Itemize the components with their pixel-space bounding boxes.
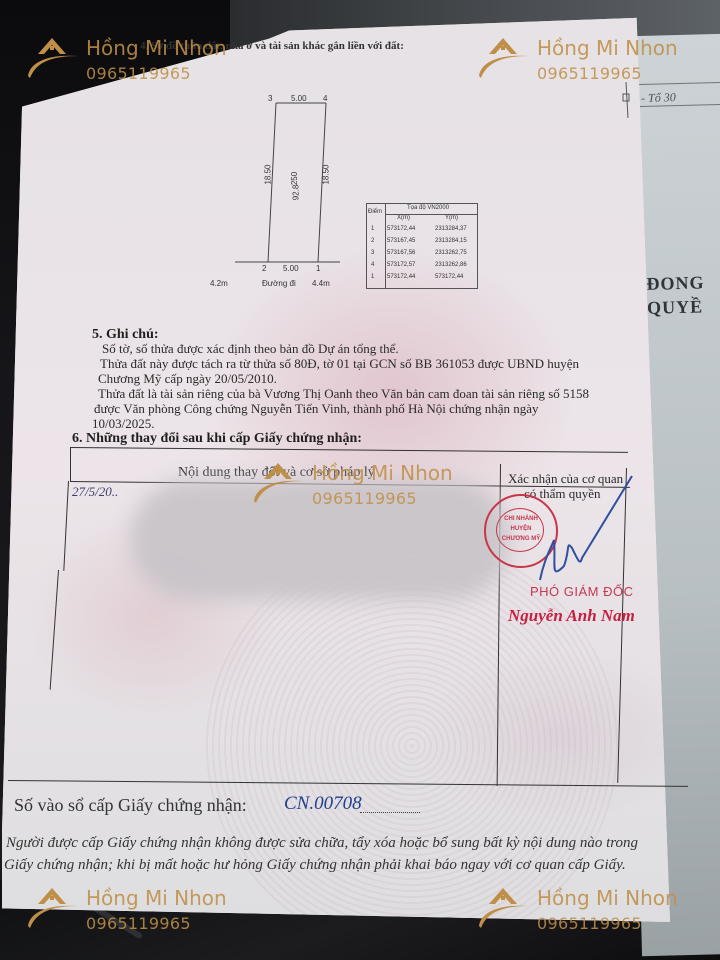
note-line: 10/03/2025. <box>92 417 154 430</box>
watermark-brand: Hồng Mi Nhon <box>537 36 678 60</box>
watermark-brand: Hồng Mi Nhon <box>537 886 678 910</box>
distance-note: 4.2m <box>210 279 228 288</box>
signer-name: Nguyễn Anh Nam <box>508 606 635 626</box>
table-cell: 573167,45 <box>387 238 415 244</box>
table-cell: 2313262,75 <box>435 250 467 256</box>
changes-title: 6. Những thay đổi sau khi cấp Giấy chứng… <box>72 431 362 447</box>
table-row: 2573167,452313284,15 <box>367 238 477 248</box>
parcel-number: 250 <box>290 172 299 185</box>
note-line: Thửa đất này được tách ra từ thửa số 80Đ… <box>100 357 579 370</box>
watermark-phone: 0965119965 <box>312 489 417 508</box>
house-logo-icon <box>24 882 80 930</box>
note-line: được Văn phòng Công chứng Nguyễn Tiến Vi… <box>94 402 539 415</box>
table-row: 1573172,44573172,44 <box>367 274 477 284</box>
road-label: Đường đi <box>262 279 296 288</box>
vertex-label: 3 <box>268 94 272 103</box>
watermark-phone: 0965119965 <box>537 64 642 83</box>
signature <box>520 470 640 590</box>
edge-length: 5.00 <box>291 94 307 103</box>
table-row: 1573172,442313284,37 <box>367 226 477 236</box>
column-header: X(m) <box>397 215 410 221</box>
handwritten-date: 27/5/20.. <box>72 484 118 500</box>
warning-line: Người được cấp Giấy chứng nhận không đượ… <box>6 836 638 851</box>
table-cell: 3 <box>371 250 374 256</box>
vertex-label: 2 <box>262 264 266 273</box>
house-logo-icon <box>24 32 80 80</box>
house-logo-icon <box>475 882 531 930</box>
note-line: Thửa đất là tài sản riêng của bà Vương T… <box>98 387 589 400</box>
house-logo-icon <box>475 32 531 80</box>
watermark: Hồng Mi Nhon 0965119965 <box>475 32 720 92</box>
table-cell: 2313284,37 <box>435 226 467 232</box>
registry-number: CN.00708 <box>284 793 362 815</box>
table-cell: 573172,44 <box>387 274 415 280</box>
table-title: Tọa độ VN2000 <box>407 205 449 211</box>
dotted-line <box>360 812 420 813</box>
table-cell: 4 <box>371 262 374 268</box>
table-row: 3573167,562313262,75 <box>367 250 477 260</box>
watermark: Hồng Mi Nhon 0965119965 <box>250 457 510 517</box>
table-cell: 573172,44 <box>387 226 415 232</box>
column-header: Y(m) <box>445 215 458 221</box>
edge-length: 5.00 <box>283 264 299 273</box>
table-cell: 1 <box>371 226 374 232</box>
note-line: Chương Mỹ cấp ngày 20/05/2010. <box>98 372 277 385</box>
coordinate-table: Tọa độ VN2000 Điểm X(m) Y(m) 1573172,442… <box>366 203 478 289</box>
table-cell: 573172,44 <box>435 274 463 280</box>
table-row: 4573172,572313262,86 <box>367 262 477 272</box>
table-cell: 2313284,15 <box>435 238 467 244</box>
edge-length: 18.50 <box>322 164 331 184</box>
registry-label: Số vào sổ cấp Giấy chứng nhận: <box>14 796 247 814</box>
watermark: Hồng Mi Nhon 0965119965 <box>24 882 284 942</box>
house-logo-icon <box>250 457 306 505</box>
watermark-phone: 0965119965 <box>86 64 191 83</box>
signer-role: PHÓ GIÁM ĐỐC <box>530 584 634 599</box>
watermark: Hồng Mi Nhon 0965119965 <box>475 882 720 942</box>
warning-line: Giấy chứng nhận; khi bị mất hoặc hư hỏng… <box>4 858 626 873</box>
column-header: Điểm <box>368 209 382 215</box>
table-cell: 573172,57 <box>387 262 415 268</box>
vertex-label: 4 <box>323 94 327 103</box>
parcel-area: 92.8 <box>291 185 300 201</box>
watermark-phone: 0965119965 <box>537 914 642 933</box>
note-line: Số tờ, số thửa được xác định theo bản đồ… <box>102 342 399 355</box>
distance-note: 4.4m <box>312 279 330 288</box>
watermark-brand: Hồng Mi Nhon <box>86 886 227 910</box>
table-border <box>70 447 71 481</box>
table-cell: 2 <box>371 238 374 244</box>
table-cell: 2313262,86 <box>435 262 467 268</box>
table-cell: 573167,56 <box>387 250 415 256</box>
edge-length: 18.50 <box>264 164 273 184</box>
watermark-brand: Hồng Mi Nhon <box>86 36 227 60</box>
watermark: Hồng Mi Nhon 0965119965 <box>24 32 284 92</box>
watermark-phone: 0965119965 <box>86 914 191 933</box>
watermark-brand: Hồng Mi Nhon <box>312 461 453 485</box>
vertex-label: 1 <box>316 264 320 273</box>
table-cell: 1 <box>371 274 374 280</box>
